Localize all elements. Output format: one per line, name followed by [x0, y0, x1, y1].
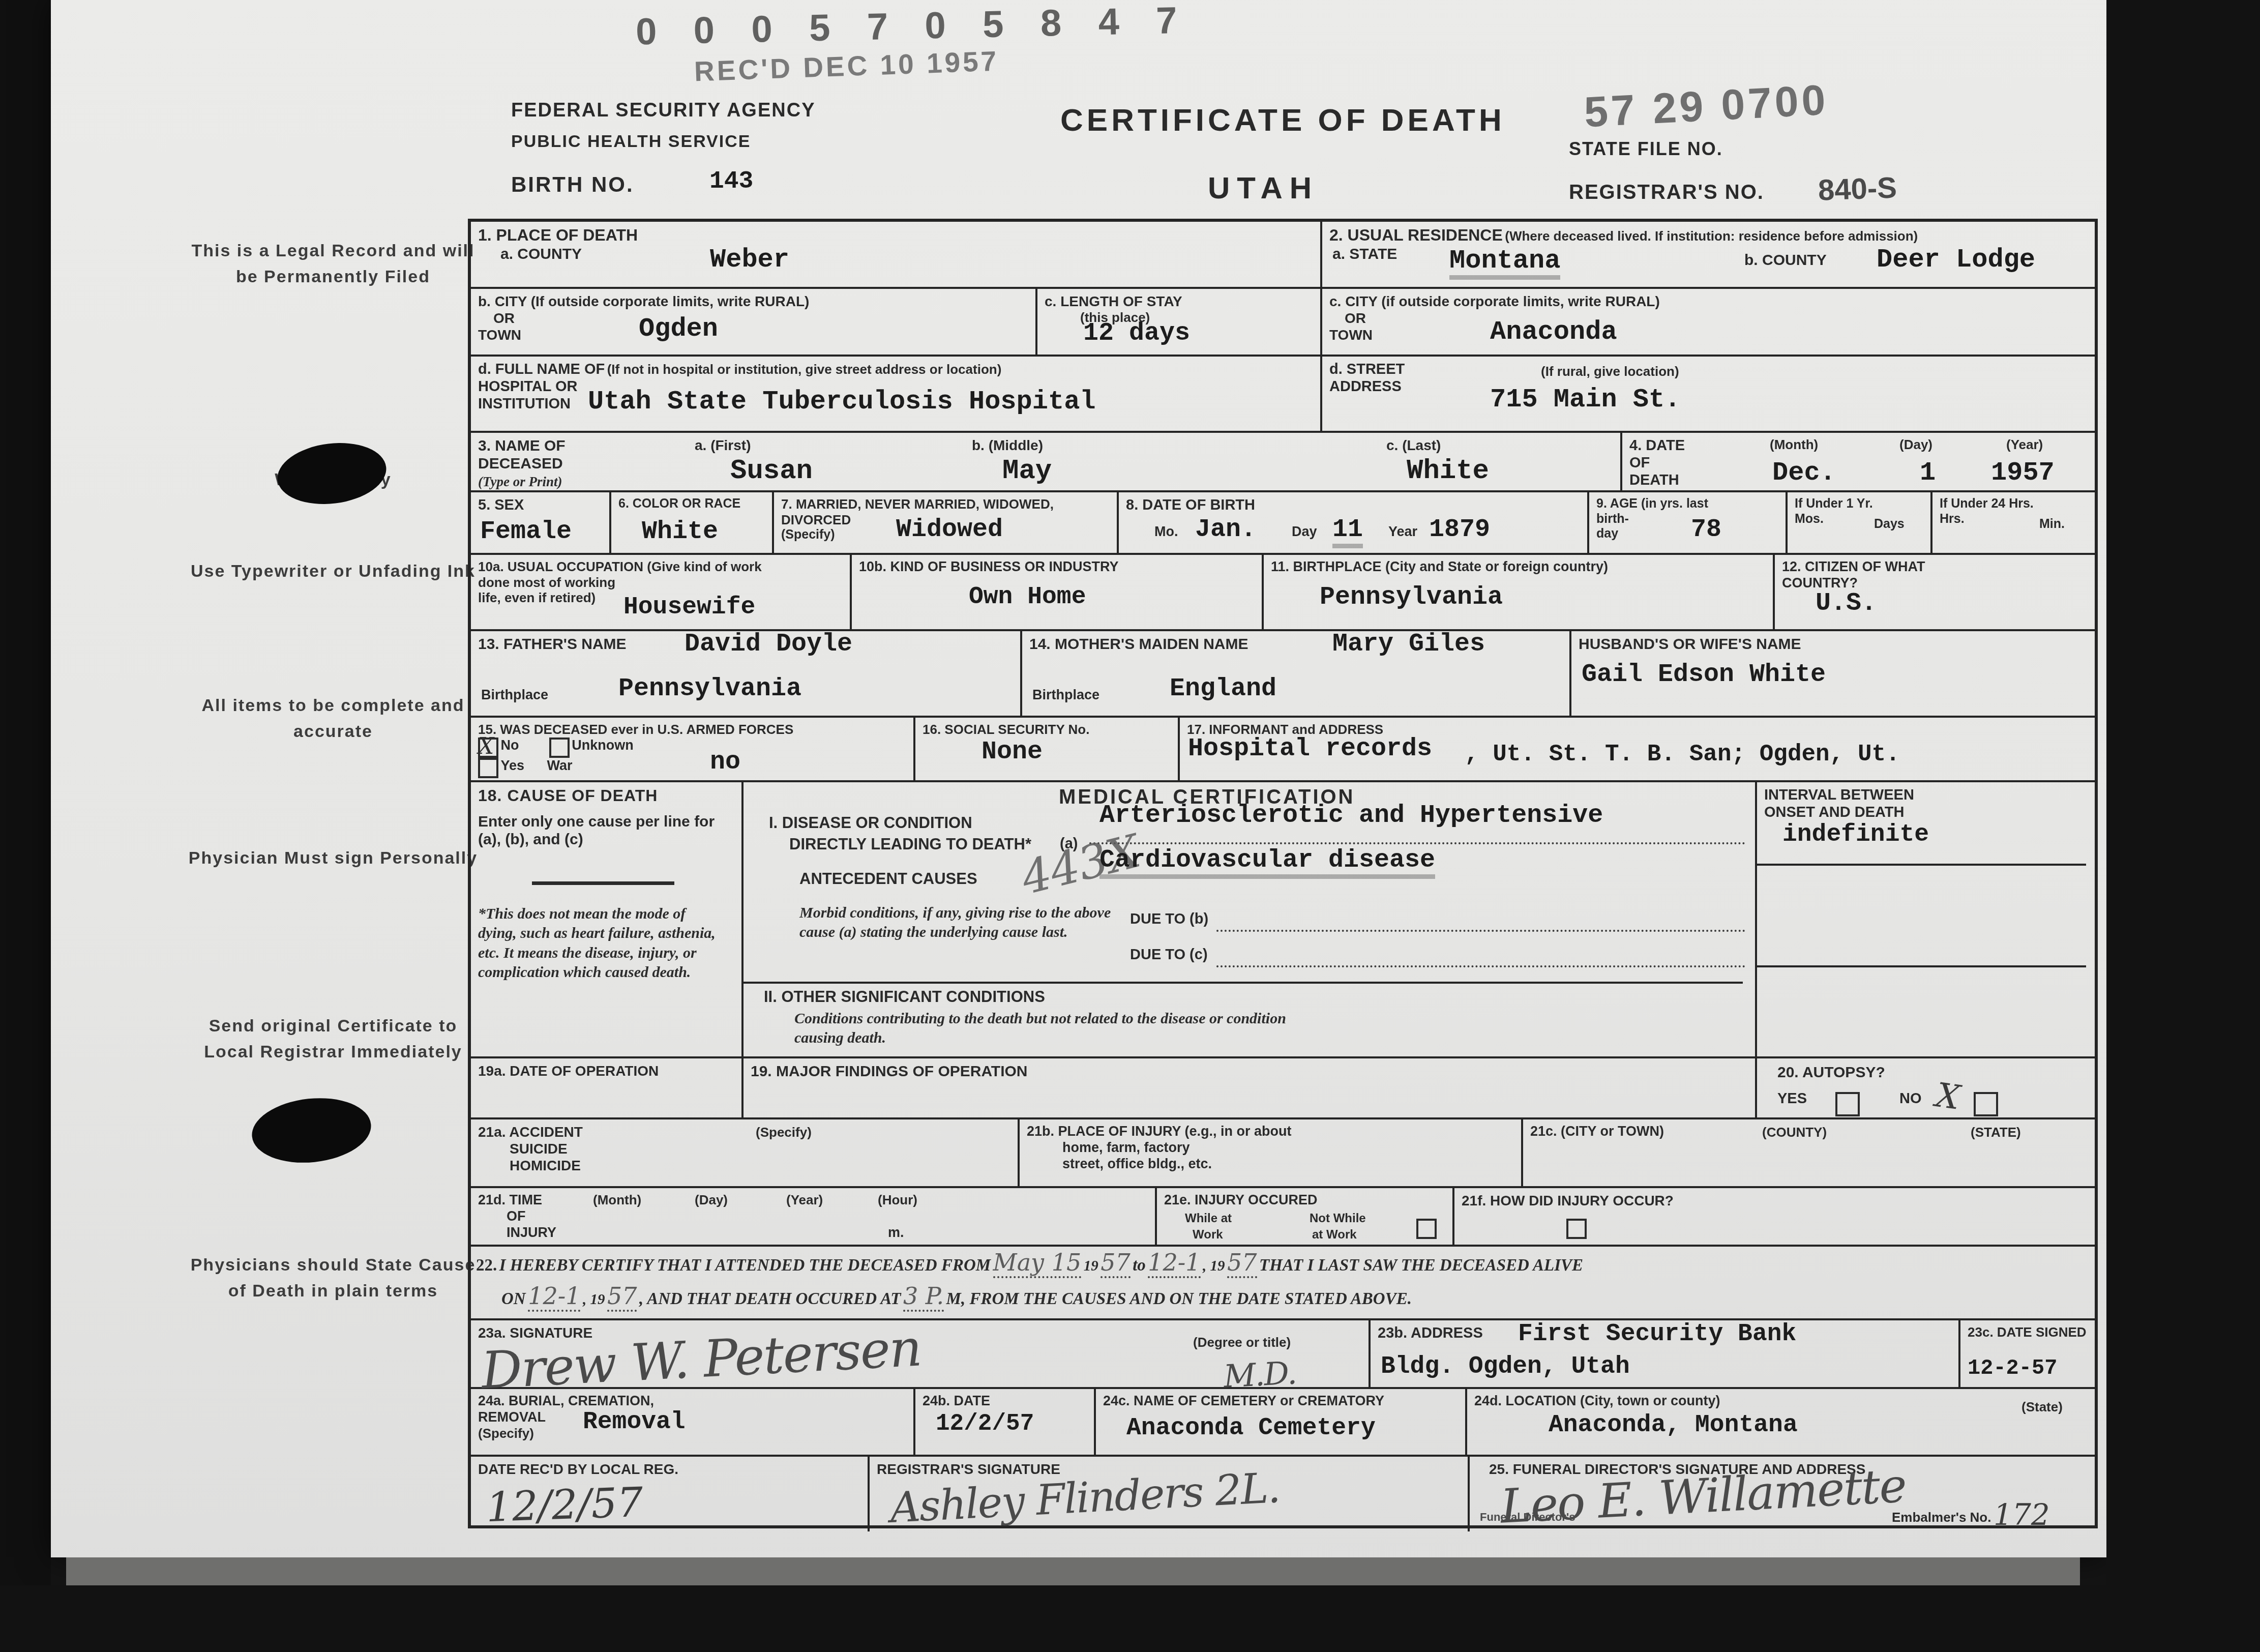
certify-to-value: 12-1	[1148, 1249, 1200, 1278]
burial-label: 24a. BURIAL, CREMATION,	[478, 1393, 654, 1408]
degree-label: (Degree or title)	[1193, 1335, 1291, 1350]
interval-label1: INTERVAL BETWEEN	[1764, 787, 1914, 803]
field-autopsy: 20. AUTOPSY? YES NO X	[1755, 1058, 2098, 1117]
field-name-of-deceased: 3. NAME OF DECEASED (Type or Print) a. (…	[471, 433, 1620, 490]
paper-edge-shadow	[66, 1557, 2080, 1585]
armed-forces-war-label: War	[547, 758, 572, 773]
field-death-city: b. CITY (If outside corporate limits, wr…	[471, 289, 1035, 355]
certify-on-label: ON	[501, 1290, 526, 1308]
cause-divider-rule	[532, 881, 674, 885]
major-findings-label: 19. MAJOR FINDINGS OF OPERATION	[751, 1063, 1028, 1080]
field-burial-location: 24d. LOCATION (City, town or county) (St…	[1465, 1389, 2098, 1455]
field-physician-address: 23b. ADDRESS First Security Bank Bldg. O…	[1369, 1320, 1958, 1387]
due-to-b-line	[1216, 930, 1745, 932]
county-label: a. COUNTY	[500, 246, 582, 262]
citizen-label2: COUNTRY?	[1782, 575, 1858, 591]
county-value: Weber	[710, 246, 789, 274]
middle-name-value: May	[1002, 457, 1052, 486]
field-physician-signature: 23a. SIGNATURE (Degree or title) Drew W.…	[471, 1320, 1369, 1387]
under1yr-mos: Mos.	[1795, 512, 1824, 526]
armed-forces-no-label: No	[500, 737, 519, 753]
sex-label: 5. SEX	[478, 497, 524, 513]
field-armed-forces: 15. WAS DECEASED ever in U.S. ARMED FORC…	[471, 718, 913, 780]
residence-city-label: c. CITY (if outside corporate limits, wr…	[1329, 293, 1660, 309]
street-value: 715 Main St.	[1490, 386, 1680, 414]
hospital-label: d. FULL NAME OF	[478, 361, 605, 377]
under1yr-label: If Under 1 Yr.	[1795, 496, 1873, 511]
scan-edge-right	[2106, 0, 2260, 1652]
dob-mo-value: Jan.	[1195, 517, 1256, 544]
autopsy-no-label: NO	[1899, 1090, 1922, 1107]
usual-residence-hint: (Where deceased lived. If institution: r…	[1505, 228, 1918, 244]
address-label: 23b. ADDRESS	[1378, 1325, 1483, 1341]
death-city-value: Ogden	[639, 315, 718, 343]
field-business: 10b. KIND OF BUSINESS OR INDUSTRY Own Ho…	[850, 555, 1262, 629]
burial-date-value: 12/2/57	[936, 1411, 1034, 1436]
injury-month-label: (Month)	[593, 1192, 641, 1208]
occupation-label3: life, even if retired)	[478, 590, 596, 605]
last-name-label: c. (Last)	[1386, 437, 1441, 454]
field-time-of-injury: 21d. TIME OF INJURY (Month) (Day) (Year)…	[471, 1188, 1155, 1245]
autopsy-no-mark: X	[1934, 1075, 1962, 1117]
received-date-stamp: REC'D DEC 10 1957	[694, 45, 999, 88]
injury-hour-label: (Hour)	[878, 1192, 917, 1208]
length-of-stay-label: c. LENGTH OF STAY	[1045, 293, 1182, 309]
first-name-value: Susan	[730, 457, 813, 486]
margin-note-legal-record: This is a Legal Record and will be Perma…	[183, 238, 483, 290]
residence-county-label: b. COUNTY	[1744, 251, 1827, 269]
street-hint: (If rural, give location)	[1541, 364, 1679, 379]
street-label2: ADDRESS	[1329, 378, 1402, 395]
dod-label: 4. DATE	[1629, 437, 1685, 454]
disease-a-line	[1089, 842, 1745, 844]
interval-rule-2	[1757, 965, 2086, 967]
birthplace-label: 11. BIRTHPLACE (City and State or foreig…	[1271, 559, 1608, 574]
due-to-b-label: DUE TO (b)	[1130, 910, 1208, 928]
burial-date-label: 24b. DATE	[923, 1393, 990, 1408]
agency-name: FEDERAL SECURITY AGENCY	[511, 99, 815, 122]
scan-edge-bottom	[0, 1585, 2260, 1652]
residence-state-value: Montana	[1449, 247, 1560, 280]
citizen-label: 12. CITIZEN OF WHAT	[1782, 559, 1925, 574]
cause-note1: Enter only one cause per line for (a), (…	[478, 813, 722, 849]
dob-year-value: 1879	[1429, 517, 1490, 544]
dod-day-value: 1	[1920, 459, 1936, 487]
certify-19-a: 19	[1084, 1258, 1098, 1274]
armed-forces-unknown-label: Unknown	[572, 737, 634, 753]
age-label2: birth-	[1596, 512, 1629, 526]
informant-value: Hospital records	[1188, 736, 1432, 763]
age-label3: day	[1596, 526, 1618, 541]
margin-note-physician-sign: Physician Must sign Personally	[183, 845, 483, 871]
embalmer-no-label: Embalmer's No.	[1892, 1510, 1991, 1525]
injury-city-label: 21c. (CITY or TOWN)	[1530, 1124, 1664, 1139]
under24-label: If Under 24 Hrs.	[1940, 496, 2034, 511]
field-under-24hrs: If Under 24 Hrs. Hrs. Min.	[1930, 492, 2098, 553]
field-date-received: DATE REC'D BY LOCAL REG. 12/2/57	[471, 1457, 868, 1531]
dod-month-value: Dec.	[1772, 459, 1836, 487]
death-city-town: TOWN	[478, 327, 521, 343]
registrar-signature-label: REGISTRAR'S SIGNATURE	[877, 1461, 1060, 1477]
state-title: UTAH	[1208, 170, 1319, 206]
funeral-director-overprint: Funeral Director's	[1480, 1511, 1575, 1524]
field-injury-city: 21c. (CITY or TOWN) (COUNTY) (STATE)	[1521, 1119, 2098, 1186]
field-date-of-operation: 19a. DATE OF OPERATION	[471, 1058, 741, 1117]
under24-hrs: Hrs.	[1940, 512, 1965, 526]
date-signed-value: 12-2-57	[1968, 1357, 2057, 1379]
other-conditions-label: II. OTHER SIGNIFICANT CONDITIONS	[764, 988, 1045, 1007]
field-informant: 17. INFORMANT and ADDRESS Hospital recor…	[1178, 718, 2098, 780]
certify-text-2: THAT I LAST SAW THE DECEASED ALIVE	[1259, 1256, 1583, 1275]
scanned-death-certificate: 0 0 0 5 7 0 5 8 4 7 REC'D DEC 10 1957 FE…	[0, 0, 2260, 1652]
burial-label2: REMOVAL	[478, 1409, 546, 1425]
burial-location-label: 24d. LOCATION (City, town or county)	[1474, 1393, 1720, 1408]
burial-value: Removal	[583, 1409, 686, 1435]
accident-label: 21a. ACCIDENT	[478, 1124, 583, 1140]
field-cause-of-death-notes: 18. CAUSE OF DEATH Enter only one cause …	[471, 782, 741, 1056]
armed-forces-yes-label: Yes	[500, 758, 524, 773]
mother-birthplace-value: England	[1170, 676, 1276, 703]
injury-m-label: m.	[888, 1225, 904, 1241]
dob-year-label: Year	[1388, 524, 1417, 540]
residence-city-or: OR	[1345, 310, 1366, 326]
usual-residence-label: 2. USUAL RESIDENCE	[1329, 226, 1503, 244]
due-to-c-label: DUE TO (c)	[1130, 946, 1208, 963]
while-at-work-checkbox	[1416, 1219, 1437, 1239]
burial-location-state-label: (State)	[2021, 1399, 2063, 1415]
field-burial: 24a. BURIAL, CREMATION, REMOVAL (Specify…	[471, 1389, 913, 1455]
scan-edge-left	[0, 0, 51, 1652]
injury-state-label: (STATE)	[1971, 1125, 2021, 1140]
mother-label: 14. MOTHER'S MAIDEN NAME	[1029, 636, 1248, 653]
injury-occurred-label: 21e. INJURY OCCURED	[1164, 1192, 1318, 1207]
time-of-injury-l3: INJURY	[507, 1225, 556, 1240]
hospital-label2: HOSPITAL OR	[478, 378, 578, 395]
field-father: 13. FATHER'S NAME David Doyle Birthplace…	[471, 631, 1020, 716]
ssn-value: None	[982, 739, 1043, 766]
certify-19-c: , 19	[583, 1291, 605, 1308]
time-of-injury-label: 21d. TIME	[478, 1192, 542, 1207]
informant-address-value: , Ut. St. T. B. San; Ogden, Ut.	[1465, 742, 1900, 766]
punch-hole-top	[274, 437, 390, 510]
dod-day-label: (Day)	[1899, 437, 1932, 453]
antecedent-causes-label: ANTECEDENT CAUSES	[799, 870, 977, 889]
field-injury-occurred: 21e. INJURY OCCURED While at Work Not Wh…	[1155, 1188, 1452, 1245]
address-value-line1: First Security Bank	[1518, 1321, 1796, 1347]
dob-day-value: 11	[1332, 517, 1363, 548]
disease-value-line2: Cardiovascular disease	[1099, 847, 1435, 879]
certificate-paper: 0 0 0 5 7 0 5 8 4 7 REC'D DEC 10 1957 FE…	[51, 0, 2106, 1557]
armed-forces-yes-checkbox	[478, 758, 498, 778]
residence-county-value: Deer Lodge	[1877, 246, 2035, 274]
interval-value: indefinite	[1782, 822, 1929, 847]
field-occupation: 10a. USUAL OCCUPATION (Give kind of work…	[471, 555, 850, 629]
field-length-of-stay: c. LENGTH OF STAY (this place) 12 days	[1035, 289, 1320, 355]
residence-city-town: TOWN	[1329, 327, 1373, 343]
field-certify-statement: 22. I HEREBY CERTIFY THAT I ATTENDED THE…	[471, 1247, 2098, 1318]
occupation-value: Housewife	[623, 595, 755, 620]
ssn-label: 16. SOCIAL SECURITY No.	[923, 722, 1089, 737]
field-major-findings: 19. MAJOR FINDINGS OF OPERATION	[741, 1058, 1755, 1117]
dob-day-label: Day	[1292, 524, 1317, 540]
field-funeral-director: 25. FUNERAL DIRECTOR'S SIGNATURE AND ADD…	[1468, 1457, 2098, 1531]
field-residence-city: c. CITY (if outside corporate limits, wr…	[1320, 289, 2098, 355]
occupation-label: 10a. USUAL OCCUPATION (Give kind of work	[478, 559, 762, 574]
first-name-label: a. (First)	[695, 437, 751, 454]
spouse-value: Gail Edson White	[1582, 662, 1826, 689]
certify-number: 22.	[476, 1256, 497, 1275]
father-birthplace-value: Pennsylvania	[618, 676, 801, 703]
date-of-operation-label: 19a. DATE OF OPERATION	[478, 1063, 659, 1079]
margin-note-complete: All items to be complete and accurate	[183, 693, 483, 745]
birth-no-label: BIRTH NO.	[511, 172, 634, 197]
place-of-death-label: 1. PLACE OF DEATH	[478, 226, 638, 244]
autopsy-yes-label: YES	[1777, 1090, 1807, 1107]
injury-day-label: (Day)	[695, 1192, 728, 1208]
field-hospital: d. FULL NAME OF (If not in hospital or i…	[471, 357, 1320, 431]
not-while-work-label: at Work	[1312, 1228, 1357, 1242]
dod-label2: OF	[1629, 455, 1650, 471]
field-place-of-death: 1. PLACE OF DEATH a. COUNTY Weber	[471, 222, 1320, 287]
marital-label2: DIVORCED	[781, 512, 851, 527]
state-file-label: STATE FILE NO.	[1569, 138, 1723, 160]
field-birthplace: 11. BIRTHPLACE (City and State or foreig…	[1262, 555, 1773, 629]
field-spouse: HUSBAND'S OR WIFE'S NAME Gail Edson Whit…	[1569, 631, 2098, 716]
burial-location-value: Anaconda, Montana	[1549, 1412, 1798, 1438]
hospital-value: Utah State Tuberculosis Hospital	[588, 388, 1096, 416]
margin-note-plain-terms: Physicians should State Cause of Death i…	[183, 1252, 483, 1304]
age-value: 78	[1691, 517, 1721, 544]
cause-label: 18. CAUSE OF DEATH	[478, 786, 658, 805]
field-citizen: 12. CITIZEN OF WHAT COUNTRY? U.S.	[1773, 555, 2098, 629]
father-label: 13. FATHER'S NAME	[478, 636, 627, 653]
dod-year-value: 1957	[1991, 459, 2055, 487]
name-label: 3. NAME OF	[478, 437, 566, 454]
medical-section-divider	[744, 982, 1743, 984]
birth-no-value: 143	[709, 169, 753, 194]
disease-label1: I. DISEASE OR CONDITION	[769, 814, 972, 833]
dob-mo-label: Mo.	[1154, 524, 1178, 540]
punch-hole-bottom	[249, 1093, 374, 1168]
certify-from-year: 57	[1101, 1249, 1131, 1278]
while-at-label: While at	[1185, 1212, 1232, 1226]
dob-label: 8. DATE OF BIRTH	[1126, 497, 1255, 513]
place-of-injury-l2: home, farm, factory	[1062, 1140, 1190, 1155]
certify-from-value: May 15	[993, 1249, 1082, 1278]
time-of-injury-l2: OF	[507, 1208, 526, 1224]
armed-forces-label: 15. WAS DECEASED ever in U.S. ARMED FORC…	[478, 722, 793, 737]
field-cemetery: 24c. NAME OF CEMETERY or CREMATORY Anaco…	[1094, 1389, 1465, 1455]
mother-value: Mary Giles	[1332, 631, 1485, 658]
field-medical-certification: MEDICAL CERTIFICATION I. DISEASE OR COND…	[741, 782, 1755, 1056]
dod-year-label: (Year)	[2006, 437, 2043, 453]
agency-service: PUBLIC HEALTH SERVICE	[511, 131, 751, 152]
field-interval: INTERVAL BETWEEN ONSET AND DEATH indefin…	[1755, 782, 2098, 1056]
marital-value: Widowed	[896, 517, 1003, 544]
armed-forces-value: no	[710, 749, 740, 776]
hospital-hint: (If not in hospital or institution, give…	[607, 362, 1002, 377]
name-label2: DECEASED	[478, 455, 563, 472]
father-birthplace-label: Birthplace	[481, 687, 548, 703]
dod-month-label: (Month)	[1770, 437, 1818, 453]
place-of-injury-l3: street, office bldg., etc.	[1062, 1156, 1212, 1171]
cemetery-label: 24c. NAME OF CEMETERY or CREMATORY	[1103, 1393, 1384, 1408]
date-received-value: 12/2/57	[485, 1479, 643, 1531]
race-label: 6. COLOR OR RACE	[618, 496, 740, 511]
age-label: 9. AGE (in yrs. last	[1596, 496, 1708, 511]
death-city-or: OR	[493, 310, 515, 326]
name-hint: (Type or Print)	[478, 474, 562, 489]
injury-county-label: (COUNTY)	[1762, 1125, 1827, 1140]
certify-19-b: , 19	[1203, 1258, 1225, 1274]
certify-text-3: , AND THAT DEATH OCCURED AT	[639, 1290, 901, 1308]
certify-on-value: 12-1	[528, 1282, 580, 1312]
field-how-injury: 21f. HOW DID INJURY OCCUR?	[1452, 1188, 2098, 1245]
place-of-injury-label: 21b. PLACE OF INJURY (e.g., in or about	[1027, 1124, 1292, 1139]
burial-specify: (Specify)	[478, 1426, 534, 1441]
not-while-label: Not While	[1310, 1212, 1366, 1226]
field-date-of-birth: 8. DATE OF BIRTH Mo. Jan. Day 11 Year 18…	[1117, 492, 1587, 553]
disease-value-line1: Arteriosclerotic and Hypertensive	[1099, 803, 1603, 830]
margin-note-send-original: Send original Certificate to Local Regis…	[183, 1013, 483, 1065]
field-ssn: 16. SOCIAL SECURITY No. None	[913, 718, 1178, 780]
date-signed-label: 23c. DATE SIGNED	[1968, 1324, 2087, 1340]
dod-label3: DEATH	[1629, 472, 1679, 488]
address-value-line2: Bldg. Ogden, Utah	[1381, 1354, 1630, 1379]
certificate-form: 1. PLACE OF DEATH a. COUNTY Weber 2. USU…	[468, 219, 2098, 1528]
homicide-label: HOMICIDE	[510, 1158, 581, 1173]
marital-hint: (Specify)	[781, 527, 835, 542]
field-under-1yr: If Under 1 Yr. Mos. Days	[1786, 492, 1930, 553]
cemetery-value: Anaconda Cemetery	[1126, 1415, 1376, 1441]
last-name-value: White	[1407, 457, 1489, 486]
marital-label: 7. MARRIED, NEVER MARRIED, WIDOWED,	[781, 496, 1054, 512]
mother-birthplace-label: Birthplace	[1032, 687, 1099, 703]
field-burial-date: 24b. DATE 12/2/57	[913, 1389, 1094, 1455]
how-injury-label: 21f. HOW DID INJURY OCCUR?	[1462, 1193, 1674, 1208]
middle-name-label: b. (Middle)	[972, 437, 1043, 454]
interval-label2: ONSET AND DEATH	[1764, 804, 1905, 820]
occupation-label2: done most of working	[478, 575, 615, 590]
margin-note-typewriter: Use Typewriter or Unfading Ink	[183, 558, 483, 584]
citizen-value: U.S.	[1816, 591, 1877, 617]
business-value: Own Home	[969, 584, 1086, 610]
morbid-note: Morbid conditions, if any, giving rise t…	[799, 903, 1115, 942]
birthplace-value: Pennsylvania	[1320, 584, 1503, 611]
interval-rule-1	[1757, 864, 2086, 866]
while-work-label: Work	[1193, 1228, 1223, 1242]
disease-label2: DIRECTLY LEADING TO DEATH*	[789, 835, 1031, 854]
armed-forces-no-mark: X	[478, 733, 494, 759]
autopsy-label: 20. AUTOPSY?	[1777, 1064, 1885, 1081]
certify-to-year: 57	[1227, 1249, 1257, 1278]
business-label: 10b. KIND OF BUSINESS OR INDUSTRY	[859, 559, 1119, 574]
certify-text-1: I HEREBY CERTIFY THAT I ATTENDED THE DEC…	[499, 1256, 991, 1275]
residence-state-label: a. STATE	[1332, 246, 1397, 262]
field-place-of-injury: 21b. PLACE OF INJURY (e.g., in or about …	[1018, 1119, 1521, 1186]
date-received-label: DATE REC'D BY LOCAL REG.	[478, 1461, 678, 1477]
field-date-signed: 23c. DATE SIGNED 12-2-57	[1958, 1320, 2098, 1387]
residence-city-value: Anaconda	[1490, 318, 1617, 346]
field-usual-residence: 2. USUAL RESIDENCE (Where deceased lived…	[1320, 222, 2098, 287]
autopsy-yes-checkbox	[1835, 1092, 1860, 1116]
other-conditions-note: Conditions contributing to the death but…	[794, 1009, 1293, 1048]
spouse-label: HUSBAND'S OR WIFE'S NAME	[1579, 636, 1801, 653]
certify-hour-value: 3 P.	[903, 1282, 944, 1312]
death-city-label: b. CITY (If outside corporate limits, wr…	[478, 293, 809, 309]
field-date-of-death: 4. DATE OF DEATH (Month) (Day) (Year) De…	[1620, 433, 2098, 490]
hospital-label3: INSTITUTION	[478, 396, 571, 412]
due-to-c-line	[1216, 965, 1745, 967]
embalmer-no-value: 172	[1994, 1497, 2050, 1532]
certify-on-year: 57	[607, 1282, 637, 1312]
race-value: White	[642, 519, 718, 546]
certify-text-4: M, FROM THE CAUSES AND ON THE DATE STATE…	[946, 1290, 1412, 1308]
field-registrar-signature: REGISTRAR'S SIGNATURE Ashley Flinders 2L…	[868, 1457, 1468, 1531]
armed-forces-unknown-checkbox	[549, 737, 570, 758]
file-number-stamp: 0 0 0 5 7 0 5 8 4 7	[635, 0, 1191, 53]
injury-year-label: (Year)	[786, 1192, 823, 1208]
certificate-title: CERTIFICATE OF DEATH	[1060, 102, 1505, 139]
length-of-stay-value: 12 days	[1083, 320, 1190, 347]
father-value: David Doyle	[685, 631, 852, 658]
under1yr-days: Days	[1874, 517, 1905, 532]
state-file-number-stamp: 57 29 0700	[1583, 75, 1830, 137]
field-street-address: d. STREET (If rural, give location) ADDR…	[1320, 357, 2098, 431]
registrar-no-value: 840-S	[1818, 170, 1897, 207]
autopsy-no-checkbox	[1974, 1092, 1998, 1116]
field-sex: 5. SEX Female	[471, 492, 609, 553]
field-age: 9. AGE (in yrs. last birth- day 78	[1587, 492, 1786, 553]
registrar-no-label: REGISTRAR'S NO.	[1569, 181, 1764, 204]
suicide-label: SUICIDE	[510, 1141, 568, 1157]
accident-specify: (Specify)	[756, 1125, 812, 1140]
under24-min: Min.	[2039, 517, 2065, 532]
armed-forces-no-checkbox: X	[478, 737, 498, 758]
field-accident-suicide-homicide: 21a. ACCIDENT (Specify) SUICIDE HOMICIDE	[471, 1119, 1018, 1186]
field-race: 6. COLOR OR RACE White	[609, 492, 772, 553]
cause-note2: *This does not mean the mode of dying, s…	[478, 904, 727, 983]
sex-value: Female	[480, 519, 572, 546]
street-label: d. STREET	[1329, 361, 1405, 377]
field-mother: 14. MOTHER'S MAIDEN NAME Mary Giles Birt…	[1020, 631, 1569, 716]
field-marital-status: 7. MARRIED, NEVER MARRIED, WIDOWED, DIVO…	[772, 492, 1117, 553]
certify-to-label: to	[1133, 1256, 1146, 1275]
